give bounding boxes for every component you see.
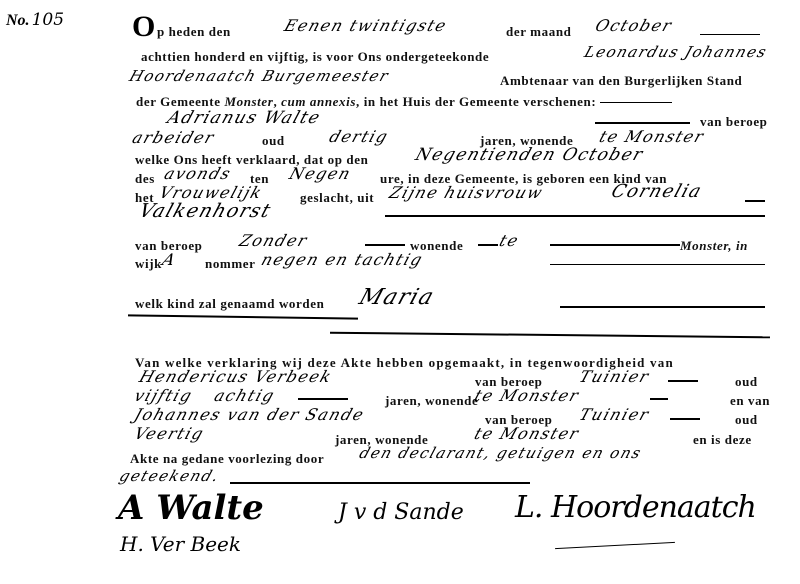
fill-line: [668, 380, 698, 382]
fill-line: [650, 398, 668, 400]
fill-line: [478, 244, 498, 246]
fill-line: [670, 418, 700, 420]
printed-monster: Monster, in: [680, 238, 748, 253]
printed-text: en van: [730, 393, 770, 409]
handwritten-witness2-profession: Tuinier: [577, 405, 652, 424]
handwritten-official-cont: Hoordenaatch Burgemeester: [127, 67, 392, 85]
handwritten-witness1-residence: te Monster: [472, 386, 582, 405]
handwritten-mother-residence: te: [497, 231, 522, 250]
handwritten-father: Adrianus Walte: [165, 108, 324, 128]
handwritten-month: October: [593, 16, 675, 35]
handwritten-witness1-age: vijftig: [132, 386, 196, 405]
signature-witness1: H. Ver Beek: [120, 532, 241, 556]
handwritten-day: Eenen twintigste: [282, 16, 450, 35]
printed-text: jaren, wonende: [385, 393, 478, 409]
fill-line: [560, 306, 765, 308]
handwritten-signed-note: geteekend.: [117, 467, 222, 485]
printed-text: des: [135, 171, 155, 187]
closing-line: [330, 332, 770, 339]
signature-flourish: [555, 542, 675, 549]
printed-text: nommer: [205, 256, 256, 272]
handwritten-mother-first: Cornelia: [609, 181, 706, 202]
handwritten-witness2: Johannes van der Sande: [132, 405, 367, 424]
initial-letter: O: [132, 12, 155, 42]
handwritten-witness2-residence: te Monster: [472, 424, 582, 443]
fill-line: [298, 398, 348, 400]
handwritten-mother-profession: Zonder: [237, 231, 311, 250]
fill-line: [600, 102, 672, 103]
fill-line: [365, 244, 405, 246]
record-number: No.105: [6, 10, 64, 30]
fill-line: [385, 215, 765, 217]
printed-text: der maand: [506, 24, 571, 40]
signature-witness2: J v d Sande: [338, 500, 464, 525]
handwritten-child-name: Maria: [356, 285, 438, 310]
printed-text: van beroep: [700, 114, 768, 130]
handwritten-wife: Zijne huisvrouw: [387, 183, 546, 202]
birth-record-page: No.105 O p heden den Eenen twintigste de…: [0, 0, 800, 584]
printed-text: oud: [735, 374, 758, 390]
fill-line: [550, 244, 680, 246]
handwritten-witness2-age: Veertig: [132, 424, 207, 443]
handwritten-birth-date: Negentienden October: [413, 145, 646, 165]
fill-line: [128, 314, 358, 319]
printed-cum-annexis: cum annexis: [281, 94, 356, 109]
signature-father: A Walte: [118, 488, 264, 528]
handwritten-witness1-age2: achtig: [212, 386, 278, 405]
fill-line: [745, 200, 765, 202]
printed-text: achttien honderd en vijftig, is voor Ons…: [141, 49, 489, 65]
record-number-label: No.: [6, 12, 30, 29]
handwritten-time-of-day: avonds: [162, 164, 234, 183]
handwritten-hour: Negen: [287, 164, 354, 183]
handwritten-house-number: negen en tachtig: [259, 250, 426, 269]
fill-line: [700, 34, 760, 35]
handwritten-mother-last: Valkenhorst: [136, 200, 274, 222]
printed-text: oud: [735, 412, 758, 428]
handwritten-witness1: Hendericus Verbeek: [137, 367, 335, 386]
record-number-value: 105: [32, 10, 64, 30]
fill-line: [550, 264, 765, 265]
fill-line: [595, 122, 690, 124]
printed-text: geslacht, uit: [300, 190, 374, 206]
printed-text: p heden den: [157, 24, 231, 40]
handwritten-official: Leonardus Johannes: [582, 43, 770, 61]
handwritten-residence: te Monster: [597, 127, 707, 146]
handwritten-profession: arbeider: [130, 128, 218, 147]
printed-text: welk kind zal genaamd worden: [135, 296, 324, 312]
handwritten-age: dertig: [327, 127, 391, 146]
printed-text: Ambtenaar van den Burgerlijken Stand: [500, 73, 742, 89]
fill-line: [230, 482, 530, 484]
handwritten-reading-note: den declarant, getuigen en ons: [357, 444, 644, 462]
printed-text: oud: [262, 133, 285, 149]
printed-text: , in het Huis der Gemeente verschenen:: [356, 94, 596, 109]
printed-text: wijk: [135, 256, 162, 272]
printed-text: en is deze: [693, 432, 752, 448]
handwritten-witness1-profession: Tuinier: [577, 367, 652, 386]
signature-official: L. Hoordenaatch: [515, 490, 756, 525]
printed-place: Monster: [224, 94, 273, 109]
printed-text: Akte na gedane voorlezing door: [130, 451, 324, 467]
printed-text: der Gemeente: [136, 94, 221, 109]
